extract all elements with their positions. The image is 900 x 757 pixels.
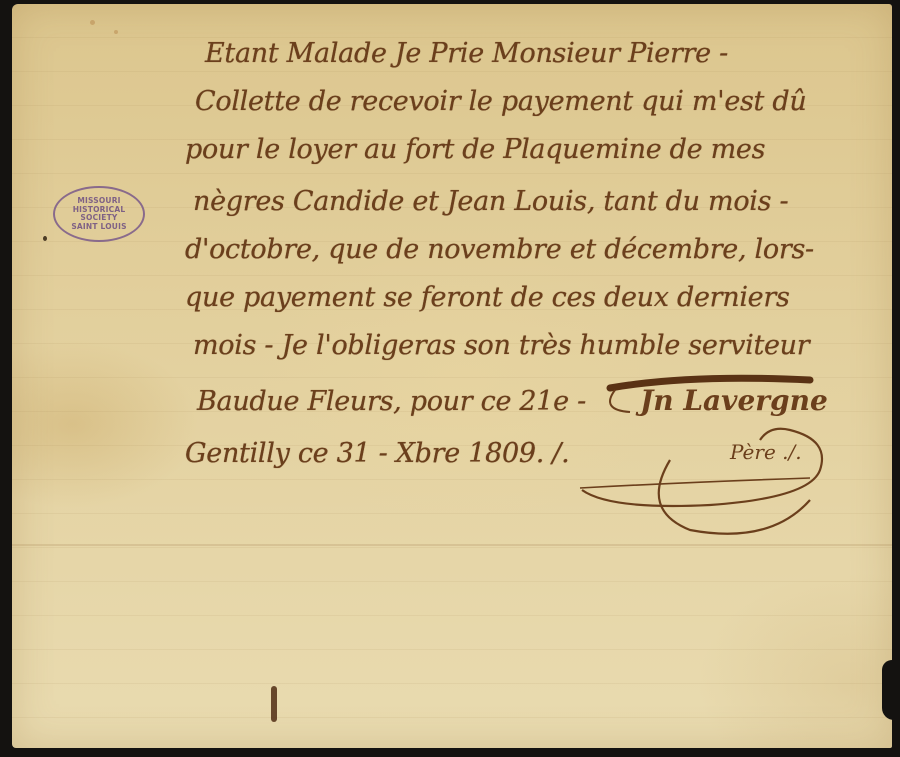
missouri-historical-society-stamp: MISSOURI HISTORICAL SOCIETY SAINT LOUIS <box>53 186 145 242</box>
ink-spot <box>90 20 95 25</box>
signature-suffix: Père ./. <box>730 440 802 464</box>
letter-line: mois - Je l'obligeras son très humble se… <box>193 330 809 361</box>
letter-line: Baudue Fleurs, pour ce 21e - <box>197 386 586 417</box>
signature: Jn Lavergne <box>640 384 828 417</box>
letter-line: Collette de recevoir le payement qui m'e… <box>195 86 806 117</box>
ink-spot <box>43 236 47 241</box>
ink-spot <box>114 30 118 34</box>
torn-paper-edge <box>882 660 900 720</box>
stamp-line: SAINT LOUIS <box>71 223 126 232</box>
letter-line: Etant Malade Je Prie Monsieur Pierre - <box>205 38 728 69</box>
fold-line <box>12 544 892 546</box>
letter-line: pour le loyer au fort de Plaquemine de m… <box>185 134 765 165</box>
scanned-document: MISSOURI HISTORICAL SOCIETY SAINT LOUIS … <box>0 0 900 757</box>
letter-line: nègres Candide et Jean Louis, tant du mo… <box>193 186 788 217</box>
letter-line: que payement se feront de ces deux derni… <box>185 282 790 313</box>
letter-line: d'octobre, que de novembre et décembre, … <box>185 234 814 265</box>
letter-dateline: Gentilly ce 31 - Xbre 1809. /. <box>185 438 569 469</box>
ink-blot <box>271 686 277 722</box>
paper-sheet: MISSOURI HISTORICAL SOCIETY SAINT LOUIS … <box>12 4 892 748</box>
